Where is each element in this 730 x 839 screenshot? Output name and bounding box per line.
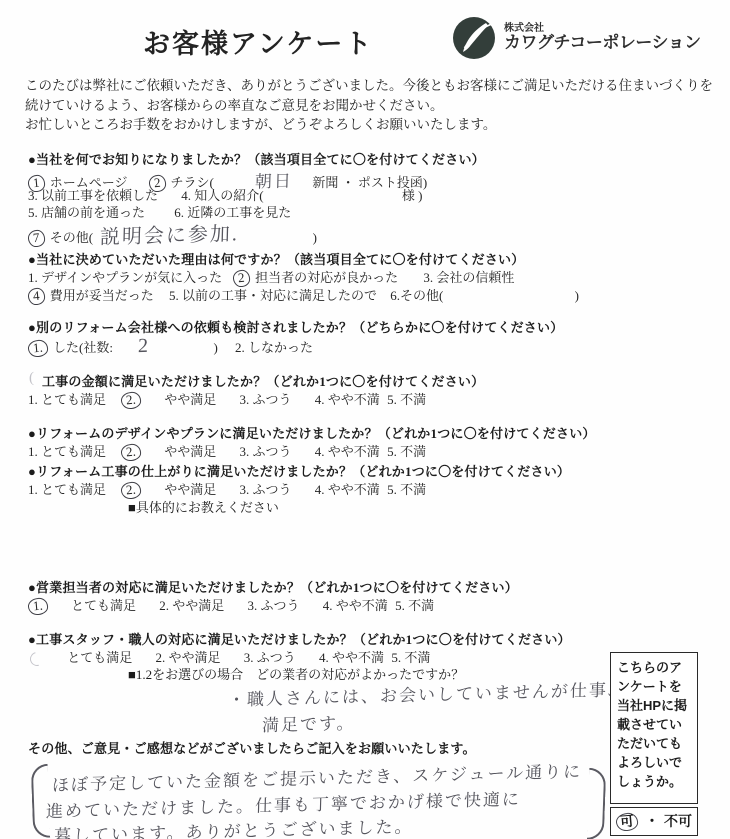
q-reason-title: ●当社に決めていただいた理由は何ですか？（該当項目全てに〇を付けてください） [28,249,524,268]
company-logo: 株式会社 カワグチコーポレーション [452,16,701,60]
q-price-options: 1. とても満足 2. やや満足 3. ふつう 4. やや不満 5. 不満 [28,389,446,409]
q-source-line4: 7 その他( 説明会に参加. ) [28,219,317,248]
q-design-opt1: 1. とても満足 [28,444,106,459]
q-finish-opt4: 4. やや不満 [315,482,380,497]
q-reason-line1: 1. デザインやプランが気に入った 2 担当者の対応が良かった 3. 会社の信頼… [28,267,514,287]
faded-circle-mark [27,649,46,668]
q-reason-opt3: 3. 会社の信頼性 [423,270,514,285]
q-source-opt7-rest: ) [313,230,317,245]
q-finish-opt2: やや満足 [164,482,216,497]
hp-permission-box: こちらのアンケートを 当社HPに掲載させていただいてもよろしいでしょうか。 可 … [610,652,698,836]
q-reason-opt6-rest: ) [575,288,579,303]
handwritten-company-count: 2 [138,335,151,358]
q-design-options: 1. とても満足 2. やや満足 3. ふつう 4. やや不満 5. 不満 [28,441,446,461]
company-name: カワグチコーポレーション [504,34,701,53]
page-title: お客様アンケート [143,22,373,61]
q-finish-opt5: 5. 不満 [387,482,426,497]
q-staff-title: ●工事スタッフ・職人の対応に満足いただけましたか？（どれか1つに〇を付けてくださ… [28,629,571,648]
q-finish-options: 1. とても満足 2. やや満足 3. ふつう 4. やや不満 5. 不満 [28,479,446,499]
q-sales-opt3: 3. ふつう [248,598,300,613]
q-design-opt3: 3. ふつう [240,444,292,459]
circled-option-4: 4 [27,287,45,305]
q-source-opt7: その他( [50,230,93,245]
q-source-opt5: 5. 店舗の前を通った [28,205,145,220]
q-staff-opt2: 2. やや満足 [156,650,221,665]
company-logo-text: 株式会社 カワグチコーポレーション [504,23,701,53]
q-price-opt1: 1. とても満足 [28,392,106,407]
q-reason-opt2: 担当者の対応が良かった [255,270,398,285]
q-staff-opt5: 5. 不満 [391,650,430,665]
q-price-opt3: 3. ふつう [240,392,292,407]
q-design-opt2: やや満足 [164,444,216,459]
circled-option-2: 2. [121,443,142,461]
q-sales-opt2: 2. やや満足 [159,598,224,613]
q-finish-title: ●リフォーム工事の仕上がりに満足いただけましたか？（どれか1つに〇を付けてくださ… [28,461,570,480]
q-source-title: ●当社を何でお知りになりましたか？（該当項目全てに〇を付けてください） [28,149,485,168]
intro-line-3: お忙しいところお手数をおかけしますが、どうぞよろしくお願いいたします。 [25,115,713,135]
handwritten-other-source: 説明会に参加. [100,217,240,250]
q-price-title: 工事の金額に満足いただけましたか？（どれか1つに〇を付けてください） [42,371,484,390]
faded-bullet-mark: ( [29,370,34,387]
q-other-company-opt1-rest: ) [213,340,217,355]
q-finish-opt1: 1. とても満足 [28,482,106,497]
circled-ok-answer: 可 [615,812,638,832]
ng-answer: 不可 [664,812,692,831]
q-reason-opt5: 5. 以前の工事・対応に満足したので [169,288,377,303]
q-sales-title: ●営業担当者の対応に満足いただけましたか？（どれか1つに〇を付けてください） [28,577,518,596]
q-sales-options: 1. とても満足 2. やや満足 3. ふつう 4. やや不満 5. 不満 [28,595,454,615]
q-reason-opt4: 費用が妥当だった [50,288,154,303]
handwritten-staff-comment-line2: 満足です。 [262,709,356,736]
q-price-opt5: 5. 不満 [387,392,426,407]
q-reason-opt1: 1. デザインやプランが気に入った [28,270,222,285]
intro-line-1: このたびは弊社にご依頼いただき、ありがとうございました。今後ともお客様にご満足い… [25,76,713,96]
q-source-opt3: 3. 以前工事を依頼した [28,188,158,203]
q-other-company-opt2: 2. しなかった [235,340,313,355]
q-finish-opt3: 3. ふつう [240,482,292,497]
q-staff-opt1: とても満足 [67,650,132,665]
comments-prompt: その他、ご意見・ご感想などがございましたらご記入をお願いいたします。 [28,738,476,757]
q-reason-opt6: 6.その他( [390,288,443,303]
q-finish-detail-label: ■具体的にお教えください [128,497,279,516]
q-price-opt4: 4. やや不満 [315,392,380,407]
intro-line-2: 続けていけるよう、お客様からの率直なご意見をお聞かせください。 [25,96,713,116]
q-source-opt4: 4. 知人の紹介( [181,188,263,203]
q-staff-opt3: 3. ふつう [244,650,296,665]
q-reason-line2: 4 費用が妥当だった 5. 以前の工事・対応に満足したので 6.その他( ) [28,285,579,305]
circled-option-1: 1. [27,597,48,615]
q-design-title: ●リフォームのデザインやプランに満足いただけましたか？（どれか1つに〇を付けてく… [28,423,596,442]
intro-paragraph: このたびは弊社にご依頼いただき、ありがとうございました。今後ともお客様にご満足い… [25,76,713,135]
q-design-opt5: 5. 不満 [387,444,426,459]
q-price-opt2: やや満足 [164,392,216,407]
hp-permission-question: こちらのアンケートを 当社HPに掲載させていただいてもよろしいでしょうか。 [610,652,698,804]
company-logo-icon [452,16,496,60]
q-sales-opt5: 5. 不満 [395,598,434,613]
circled-option-2: 2. [121,391,142,409]
circled-option-7: 7 [27,229,45,247]
hp-permission-answer: 可 ・ 不可 [610,807,698,836]
q-other-company-opt1: した(社数: [53,340,113,355]
q-sales-opt1: とても満足 [71,598,136,613]
survey-scan-page: お客様アンケート 株式会社 カワグチコーポレーション このたびは弊社にご依頼いた… [0,0,730,839]
q-staff-opt4: 4. やや不満 [319,650,384,665]
q-design-opt4: 4. やや不満 [315,444,380,459]
answer-separator: ・ [645,812,659,831]
circled-option-1: 1. [27,339,48,357]
q-other-company-line: 1. した(社数: 2 ) 2. しなかった [28,335,313,358]
q-sales-opt4: 4. やや不満 [323,598,388,613]
q-other-company-title: ●別のリフォーム会社様への依頼も検討されましたか？（どちらかに〇を付けてください… [28,317,563,336]
q-source-opt4-rest: 様 ) [402,188,423,203]
handwritten-bracket-right [587,768,607,839]
